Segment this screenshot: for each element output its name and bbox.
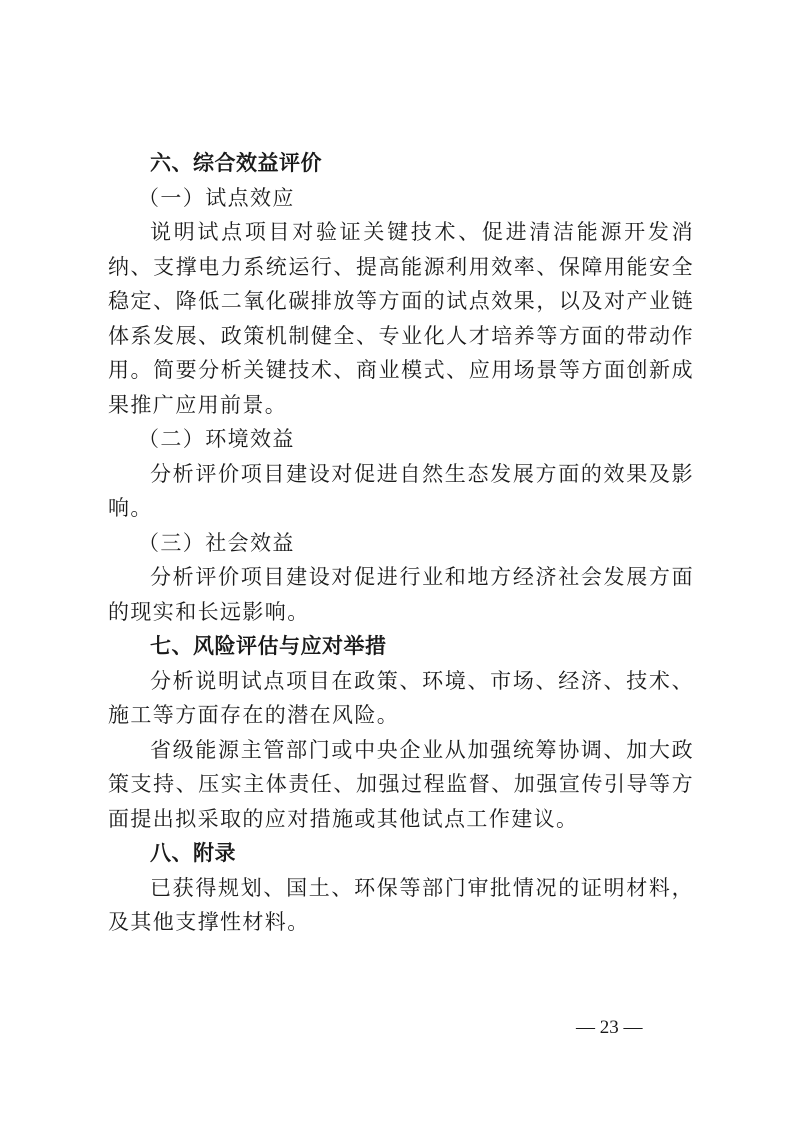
subsection-heading-social-benefit: （三）社会效益 [108,526,694,561]
page-number: — 23 — [576,1017,643,1039]
subsection-heading-pilot-effect: （一）试点效应 [108,181,694,216]
section-heading-8: 八、附录 [108,836,694,871]
section-heading-7: 七、风险评估与应对举措 [108,629,694,664]
paragraph-environmental-benefit: 分析评价项目建设对促进自然生态发展方面的效果及影响。 [108,457,694,526]
paragraph-pilot-effect: 说明试点项目对验证关键技术、促进清洁能源开发消纳、支撑电力系统运行、提高能源利用… [108,215,694,422]
section-heading-6: 六、综合效益评价 [108,146,694,181]
paragraph-risk-measures: 省级能源主管部门或中央企业从加强统筹协调、加大政策支持、压实主体责任、加强过程监… [108,733,694,837]
document-page: 六、综合效益评价 （一）试点效应 说明试点项目对验证关键技术、促进清洁能源开发消… [108,146,694,940]
paragraph-risk-analysis: 分析说明试点项目在政策、环境、市场、经济、技术、施工等方面存在的潜在风险。 [108,664,694,733]
paragraph-appendix: 已获得规划、国土、环保等部门审批情况的证明材料，及其他支撑性材料。 [108,871,694,940]
paragraph-social-benefit: 分析评价项目建设对促进行业和地方经济社会发展方面的现实和长远影响。 [108,560,694,629]
subsection-heading-environmental-benefit: （二）环境效益 [108,422,694,457]
